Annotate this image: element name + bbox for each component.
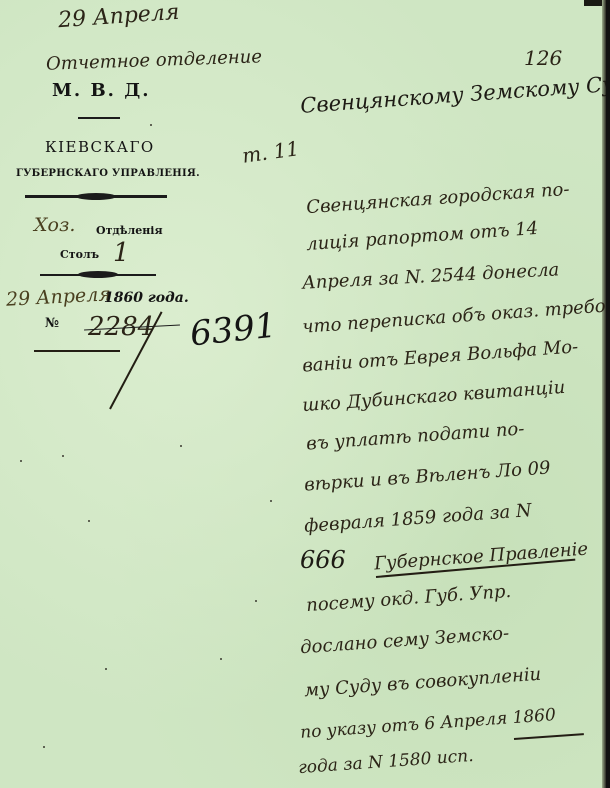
paper-speck [105, 668, 107, 670]
body-line-8: вѣрки и въ Вѣленъ Ло 09 [304, 457, 552, 495]
scan-right-edge [602, 0, 606, 788]
body-line-9: февраля 1859 года за N [304, 500, 533, 537]
paper-speck [20, 460, 22, 462]
paper-speck [220, 658, 222, 660]
body-line-5: ваніи отъ Еврея Вольфа Мо- [302, 336, 579, 376]
body-line-14: му Суду въ совокупленіи [304, 664, 542, 702]
letterhead-date: 29 Апреля [57, 0, 180, 33]
paper-speck [150, 124, 152, 126]
division-handwritten: Хоз. [34, 214, 75, 236]
paper-speck [88, 520, 90, 522]
body-line-2: лиція рапортом отъ 14 [306, 218, 539, 255]
closing-underline [514, 733, 584, 740]
paper-speck [43, 746, 45, 748]
body-line-1: Свенцянская городская по- [306, 179, 571, 218]
year-label: 1860 года. [104, 290, 189, 306]
desk-number: 1 [113, 238, 130, 268]
paper-speck [62, 455, 64, 457]
number-underline [34, 350, 120, 352]
document-page: 29 Апреля Отчетное отделение М. В. Д. КІ… [0, 0, 606, 788]
registry-number: 6391 [188, 306, 278, 355]
division-label: Отдѣленія [96, 224, 163, 237]
body-line-7: въ уплатѣ подати по- [306, 418, 525, 454]
office-line-2: ГУБЕРНСКАГО УПРАВЛЕНІЯ. [16, 168, 200, 179]
ornament-divider-small [78, 117, 120, 119]
body-line-6: шко Дубинскаго квитанціи [302, 377, 566, 416]
paper-speck [255, 600, 257, 602]
ornament-divider-large [25, 195, 167, 198]
letterhead-department: Отчетное отделение [46, 46, 263, 75]
body-line-13: дослано сему Земско- [300, 623, 510, 659]
issue-date-handwritten: 29 Апреля [5, 283, 111, 310]
body-line-3: Апреля за N. 2544 донесла [302, 259, 560, 293]
paper-speck [270, 500, 272, 502]
body-line-12: посему окд. Губ. Упр. [306, 581, 512, 616]
office-line-1: КІЕВСКАГО [45, 138, 155, 156]
body-line-4: что переписка объ оказ. требо- [302, 295, 606, 338]
marginal-note: т. 11 [241, 136, 301, 168]
paper-speck [180, 445, 182, 447]
folio-number: 126 [524, 46, 562, 70]
ministry-label: М. В. Д. [52, 80, 150, 101]
body-line-16: года за N 1580 исп. [298, 746, 475, 778]
ornament-divider-medium [40, 274, 156, 276]
number-label: № [45, 316, 59, 331]
underlined-phrase: Губернское Правленіе [374, 539, 589, 575]
addressee: Свенцянскому Земскому Суду [300, 70, 606, 118]
desk-label: Столъ [60, 248, 99, 261]
margin-number: 666 [300, 546, 346, 574]
